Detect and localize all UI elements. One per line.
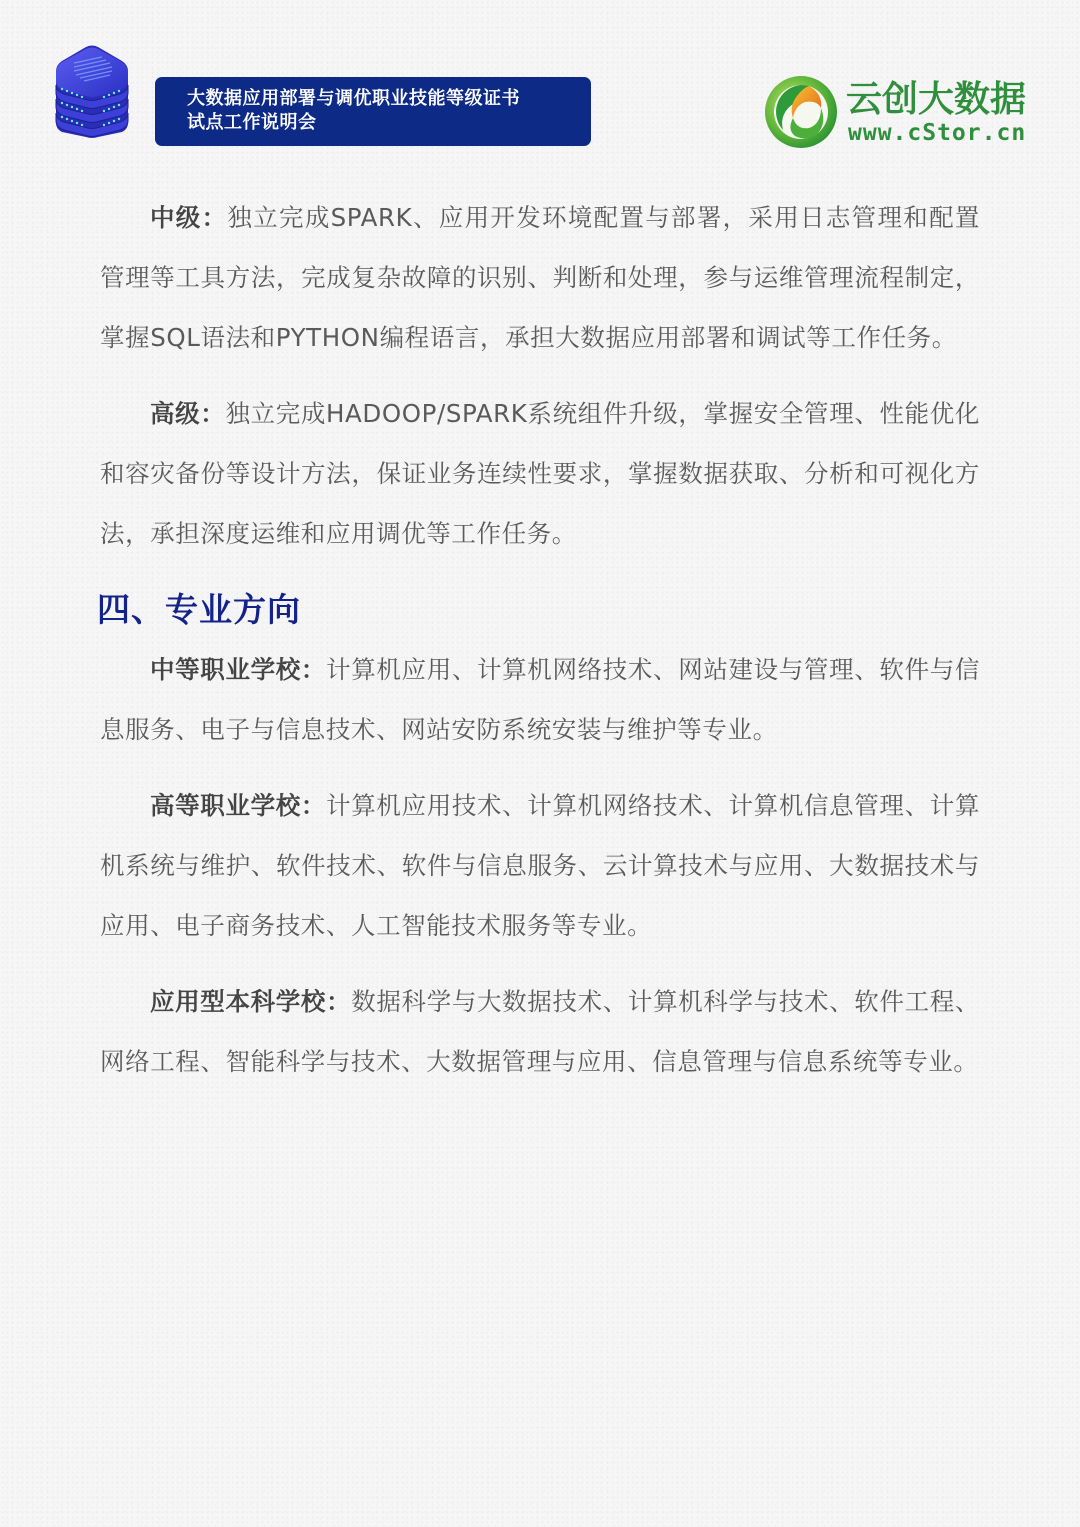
server-stack-icon — [52, 43, 132, 139]
page-header: 大数据应用部署与调优职业技能等级证书 试点工作说明会 — [0, 0, 1080, 170]
level-intermediate-label: 中级： — [150, 203, 227, 232]
header-title-line-2: 试点工作说明会 — [187, 111, 591, 135]
applied-undergraduate-paragraph: 应用型本科学校：数据科学与大数据技术、计算机科学与技术、软件工程、网络工程、智能… — [100, 972, 980, 1092]
brand-logo: 云创大数据 www.cStor.cn — [763, 74, 1043, 154]
brand-url: www.cStor.cn — [848, 120, 1026, 146]
secondary-vocational-paragraph: 中等职业学校：计算机应用、计算机网络技术、网站建设与管理、软件与信息服务、电子与… — [100, 640, 980, 760]
header-title-box: 大数据应用部署与调优职业技能等级证书 试点工作说明会 — [155, 77, 591, 146]
level-advanced-label: 高级： — [150, 399, 225, 428]
level-intermediate-paragraph: 中级：独立完成SPARK、应用开发环境配置与部署，采用日志管理和配置管理等工具方… — [100, 188, 980, 368]
swirl-logo-icon — [763, 74, 839, 150]
brand-name: 云创大数据 — [846, 80, 1026, 120]
higher-vocational-paragraph: 高等职业学校：计算机应用技术、计算机网络技术、计算机信息管理、计算机系统与维护、… — [100, 776, 980, 956]
section-heading-major-direction: 四、专业方向 — [97, 588, 980, 632]
applied-undergraduate-label: 应用型本科学校： — [150, 987, 351, 1016]
higher-vocational-label: 高等职业学校： — [150, 791, 326, 820]
level-advanced-paragraph: 高级：独立完成HADOOP/SPARK系统组件升级，掌握安全管理、性能优化和容灾… — [100, 384, 980, 564]
document-body: 中级：独立完成SPARK、应用开发环境配置与部署，采用日志管理和配置管理等工具方… — [100, 188, 980, 1108]
level-advanced-text: 独立完成HADOOP/SPARK系统组件升级，掌握安全管理、性能优化和容灾备份等… — [100, 399, 980, 548]
header-title-line-1: 大数据应用部署与调优职业技能等级证书 — [187, 87, 591, 111]
secondary-vocational-label: 中等职业学校： — [150, 655, 326, 684]
level-intermediate-text: 独立完成SPARK、应用开发环境配置与部署，采用日志管理和配置管理等工具方法，完… — [100, 203, 980, 352]
